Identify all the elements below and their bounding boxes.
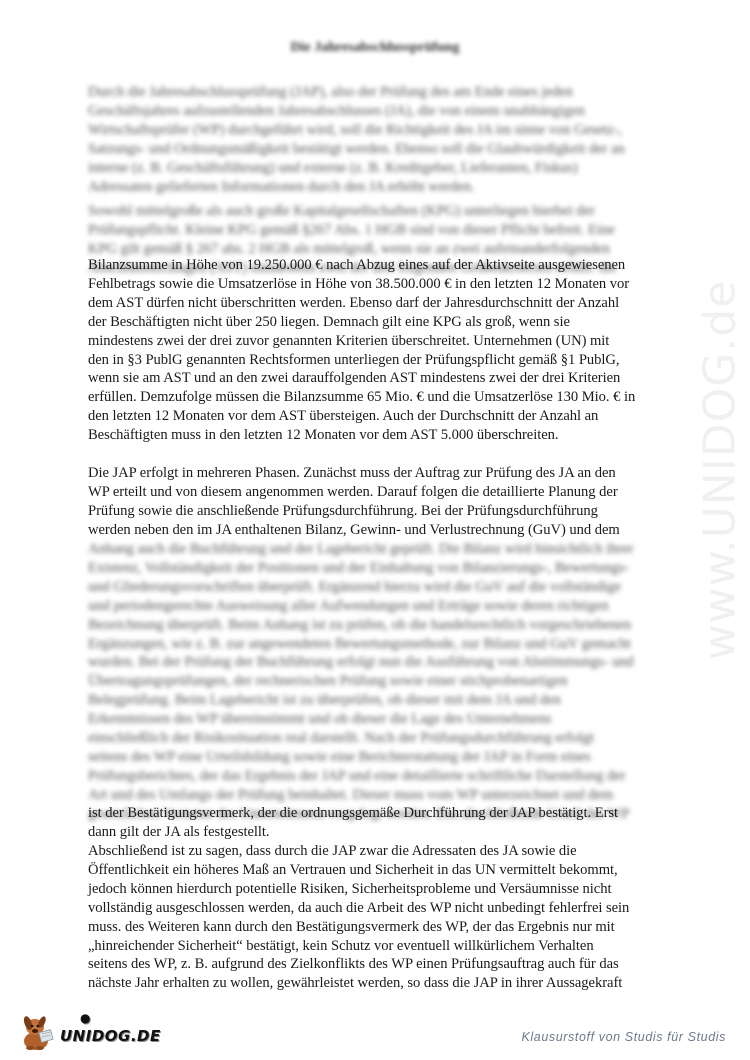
text-line: und Gliederungsvorschriften überprüft. E… <box>88 578 688 597</box>
paw-icon: ● <box>80 1011 91 1025</box>
text-line: jedoch können hierdurch potentielle Risi… <box>88 880 688 899</box>
text-line: einschließlich der Risikosituation real … <box>88 729 688 748</box>
paragraph-1-blurred: Durch die Jahresabschlussprüfung (JAP), … <box>88 83 688 196</box>
logo-text: UNIDOG.DE <box>60 1027 161 1045</box>
text-line: Prüfung sowie die anschließende Prüfungs… <box>88 502 688 521</box>
text-line: vollständig ausgeschlossen werden, da au… <box>88 899 688 918</box>
watermark: www.UNIDOG.de <box>690 210 750 730</box>
text-line: seitens des WP, z. B. aufgrund des Zielk… <box>88 955 688 974</box>
text-line: Abschließend ist zu sagen, dass durch di… <box>88 842 688 861</box>
text-line: Bilanzsumme in Höhe von 19.250.000 € nac… <box>88 256 688 275</box>
text-line: Sowohl mittelgroße als auch große Kapita… <box>88 202 688 221</box>
text-line: dem AST dürfen nicht überschritten werde… <box>88 294 688 313</box>
text-line: Existenz, Vollständigkeit der Positionen… <box>88 559 688 578</box>
paragraph-2-clear: Bilanzsumme in Höhe von 19.250.000 € nac… <box>88 256 688 445</box>
text-line: Satzungs- und Ordnungsmäßigkeit bestätig… <box>88 140 688 159</box>
text-line: Bezeichnung überprüft. Beim Anhang ist z… <box>88 616 688 635</box>
dog-mascot-icon <box>20 1013 56 1051</box>
text-line: den in §3 PublG genannten Rechtsformen u… <box>88 351 688 370</box>
text-line: wurden. Bei der Prüfung der Buchführung … <box>88 653 688 672</box>
text-line: Beschäftigten muss in den letzten 12 Mon… <box>88 426 688 445</box>
text-line: Übertragungsprüfungen, der rechnerischen… <box>88 672 688 691</box>
paragraph-4-clear: Abschließend ist zu sagen, dass durch di… <box>88 842 688 993</box>
watermark-text: www.UNIDOG.de <box>695 280 746 661</box>
text-line: „hinreichender Sicherheit“ bestätigt, ke… <box>88 937 688 956</box>
text-line: Fehlbetrags sowie die Umsatzerlöse in Hö… <box>88 275 688 294</box>
paragraph-3-blurred: Anhang auch die Buchführung und der Lage… <box>88 540 688 824</box>
text-line: Wirtschaftsprüfer (WP) durchgeführt wird… <box>88 121 688 140</box>
text-line: den letzten 12 Monaten vor dem AST übers… <box>88 407 688 426</box>
text-line: Art und des Umfangs der Prüfung beinhalt… <box>88 786 688 805</box>
text-line: Die JAP erfolgt in mehreren Phasen. Zunä… <box>88 464 688 483</box>
document-title: Die Jahresabschlussprüfung <box>0 40 750 56</box>
text-line: Anhang auch die Buchführung und der Lage… <box>88 540 688 559</box>
text-line: Prüfungspflicht. Kleine KPG gemäß §267 A… <box>88 221 688 240</box>
text-line: wenn sie am AST und an den zwei darauffo… <box>88 369 688 388</box>
text-line: WP erteilt und von diesem angenommen wer… <box>88 483 688 502</box>
text-line: Belegprüfung. Beim Lagebericht ist zu üb… <box>88 691 688 710</box>
text-line: interne (z. B. Geschäftsführung) und ext… <box>88 159 688 178</box>
text-line: erfüllen. Demzufolge müssen die Bilanzsu… <box>88 388 688 407</box>
text-line: dann gilt der JA als festgestellt. <box>88 823 688 842</box>
text-line: Prüfungsberichtes, der das Ergebnis der … <box>88 767 688 786</box>
text-line: Durch die Jahresabschlussprüfung (JAP), … <box>88 83 688 102</box>
logo-wordmark: ● UNIDOG.DE <box>60 1027 161 1045</box>
text-line: Geschäftsjahres aufzustellenden Jahresab… <box>88 102 688 121</box>
text-line: muss. des Weiteren kann durch den Bestät… <box>88 918 688 937</box>
text-line: Ergänzungen, wie z. B. zur angewendeten … <box>88 635 688 654</box>
text-line: seitens des WP eine Urteilsbildung sowie… <box>88 748 688 767</box>
text-line: Adressaten gelieferten Informationen dur… <box>88 178 688 197</box>
text-line: Erkenntnissen des WP übereinstimmt und o… <box>88 710 688 729</box>
text-line: ist der Bestätigungsvermerk, der die ord… <box>88 804 688 823</box>
unidog-logo[interactable]: ● UNIDOG.DE <box>20 1012 160 1052</box>
paragraph-3-clear: Die JAP erfolgt in mehreren Phasen. Zunä… <box>88 464 688 540</box>
document-page: www.UNIDOG.de Die Jahresabschlussprüfung… <box>0 0 750 1060</box>
paragraph-3-clear-end: ist der Bestätigungsvermerk, der die ord… <box>88 804 688 842</box>
text-line: werden neben den im JA enthaltenen Bilan… <box>88 521 688 540</box>
text-line: Öffentlichkeit ein höheres Maß an Vertra… <box>88 861 688 880</box>
text-line: und periodengerechte Ausweisung aller Au… <box>88 597 688 616</box>
text-line: nächste Jahr erhalten zu wollen, gewährl… <box>88 974 688 993</box>
text-line: mindestens zwei der drei zuvor genannten… <box>88 332 688 351</box>
footer-tagline: Klausurstoff von Studis für Studis <box>521 1030 726 1044</box>
text-line: der Beschäftigten nicht über 250 liegen.… <box>88 313 688 332</box>
